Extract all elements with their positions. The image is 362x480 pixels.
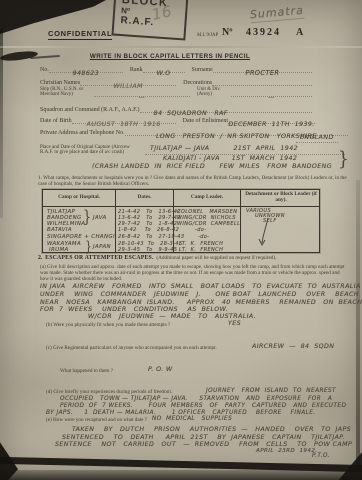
q2-heading-line: 2. ESCAPES OR ATTEMPTED ESCAPES. (Additi… [38, 255, 350, 261]
no-field: 948623 [49, 62, 123, 73]
dates-row-4: 1-8-42 To 26-8-42 [118, 227, 179, 233]
capture-value-2: KALIDJATI - JAVA 1ST MARCH 1942 [163, 155, 297, 162]
rank-label: Rank [130, 67, 143, 73]
capture-label: Place and Date of Original Capture (Airc… [40, 145, 142, 155]
row-number-rank-surname: No. 948623 Rank W.O Surname PROCTER [40, 62, 312, 73]
table-vline-1 [115, 190, 116, 252]
row-squadron: Squadron and Command (R.A.F., A.A.F.) 84… [40, 102, 312, 113]
unit-div-field: — [231, 86, 312, 97]
no-label: No. [40, 67, 49, 73]
serial-number: 43924 [246, 27, 281, 38]
java-group-label: JAVA [93, 215, 107, 221]
self-continuation-arrow [255, 217, 275, 249]
row-christian-decorations: Christian Names WILLIAM Decorations [40, 75, 312, 86]
camps-table: Camp or Hospital. Dates. Camp Leader. De… [42, 189, 320, 253]
japan-group-label: JAPAN [93, 244, 111, 250]
q2b-label: (b) Were you physically fit when you mad… [46, 322, 170, 328]
leader-row-5: -do- [198, 234, 209, 240]
q2d-answer-line-5: NO MEDICAL SUPPLIES [152, 416, 232, 422]
q2d-answer-line-3: PERIOD OF 7 WEEKS. FOUR MEMBERS OF PARTY… [60, 403, 346, 409]
pow-liberation-questionnaire-scan: BLOCK Nº R.A.F. 16 Sumatra CONFIDENTIAL … [0, 0, 362, 480]
q2d-label: (d) Give briefly your experiences during… [46, 389, 172, 395]
address-label: Private Address and Telephone No. [40, 130, 125, 136]
q2e-label: (e) How were you recaptured and on what … [46, 417, 147, 423]
ship-label: Ship (R.N., U.S.N. or Merchant Navy) [40, 87, 94, 97]
q2a-answer-line-2: UNDER WING COMMANDER JEUDWINE J. ONE BOA… [40, 291, 359, 298]
dates-row-7: 29-3-45 To 9-9-45 [118, 247, 177, 253]
capture-brace: } [338, 148, 349, 171]
q2a-label: (a) Give full description and approx. da… [40, 264, 348, 283]
form-reference: M.I. 9/JAP [197, 33, 218, 38]
date-of-birth-label: Date of Birth [40, 118, 72, 124]
leader-row-4: -do- [195, 227, 206, 233]
q2d-answer-line-2: OCCUPIED TOWN — TJILATJAP — JAVA. STARVA… [60, 396, 332, 402]
camp-row-7: IRUMA [49, 247, 69, 253]
q2c-label: (c) Give Regimental particulars of anyon… [46, 345, 217, 351]
serial-no-symbol: Nº [222, 27, 233, 38]
q2e-answer-line-3: SENTENCE NOT CARRIED OUT — REMOVED FROM … [55, 441, 352, 448]
bottom-edge-shadow [0, 470, 362, 480]
decorations-field [212, 75, 312, 86]
q2a-answer-line-4: FOR 7 WEEKS UNDER CONDITIONS AS BELOW. [40, 306, 228, 313]
camp-row-4: BATAVIA [47, 227, 72, 233]
q2a-answer-line-5: W/CDR JEUDWINE — MADE TO AUSTRALIA. [88, 313, 256, 320]
enlistment-label: Date of Enlistment [183, 118, 228, 124]
squadron-field: 84 SQUADRON RAF [140, 102, 312, 113]
ship-field: — [94, 86, 190, 97]
q2a-answer-line-3: NEAR NOESA KAMBANGAN ISLAND. APPROX 40 M… [40, 299, 362, 306]
capture-value-3: (CRASH LANDED IN RICE FIELD FEW MILES FR… [92, 163, 332, 170]
pto-note: P.T.O. [312, 453, 330, 459]
surname-label: Surname [192, 67, 213, 73]
q2e-answer-line-1: TAKEN BY DUTCH PRISON AUTHORITIES — HAND… [72, 426, 351, 433]
leader-row-7: LT. K. FRENCH [179, 247, 223, 253]
q2-heading: ESCAPES OR ATTEMPTED ESCAPES. [45, 255, 153, 261]
java-group-brace: } [83, 208, 91, 228]
surname-field: PROCTER [213, 62, 312, 73]
capture-value-1: TJILATJAP — JAVA 21ST APRIL 1942 [150, 145, 298, 152]
q2e-answer-line-2: SENTENCED TO DEATH APRIL 21ST BY JAPANES… [62, 434, 345, 441]
enlistment-field: DECEMBER 11TH 1939. [228, 113, 315, 124]
camp-row-5: SINGAPORE + CHANGI. [47, 234, 117, 240]
dates-row-5: 26-8-42 To 27-10-43 [118, 234, 184, 240]
q1-text: 1. What camps, detachments or hospitals … [38, 175, 350, 187]
crease-line [0, 46, 362, 48]
q2d-answer-line-1: JOURNEY FROM ISLAND TO NEAREST [206, 388, 336, 394]
block-capitals-instruction: WRITE IN BLOCK CAPITAL LETTERS IN PENCIL [30, 53, 310, 60]
q2a-answer-line-1: IN JAVA AIRCREW FORMED INTO SMALL BOAT L… [40, 283, 361, 290]
region-annotation: Sumatra [249, 4, 304, 24]
q2c-answer: AIRCREW — 84 SQDN [252, 343, 334, 350]
confidential-label: CONFIDENTIAL [48, 29, 112, 40]
serial-suffix: A [296, 27, 303, 38]
christian-names-field: WILLIAM [80, 75, 176, 86]
q2-heading-note: (Additional paper will be supplied on re… [156, 255, 276, 261]
col-header-leader: Camp Leader. [174, 190, 241, 206]
address-value-line2: ENGLAND [296, 134, 338, 143]
q2-number: 2. [38, 255, 42, 261]
leader-row-3: WING/CDR CAMPBELL [177, 221, 240, 227]
q2c2-label: What happened to them ? [60, 368, 113, 374]
row-birth-enlistment: Date of Birth AUGUST 18TH 1916 Date of E… [40, 113, 315, 124]
q2c2-answer: P. O. W [148, 366, 173, 373]
rank-field: W.O [143, 62, 185, 73]
right-edge-shadow [356, 180, 360, 470]
col-header-camp: Camp or Hospital. [43, 190, 116, 206]
date-of-birth-field: AUGUST 18TH 1916 [72, 113, 176, 124]
q2b-answer: YES [228, 320, 241, 327]
left-edge-shadow [0, 28, 3, 218]
row-ship-unit: Ship (R.N., U.S.N. or Merchant Navy) — U… [40, 86, 312, 97]
q2e-answer-line-4: APRIL 23RD 1942. [256, 448, 318, 454]
col-header-dates: Dates. [116, 190, 174, 206]
japan-group-brace: } [85, 238, 92, 254]
unit-div-label: Unit & Div. (Army) [197, 87, 231, 97]
col-header-block-leader: Detachment or Block Leader (if any). [241, 190, 321, 206]
